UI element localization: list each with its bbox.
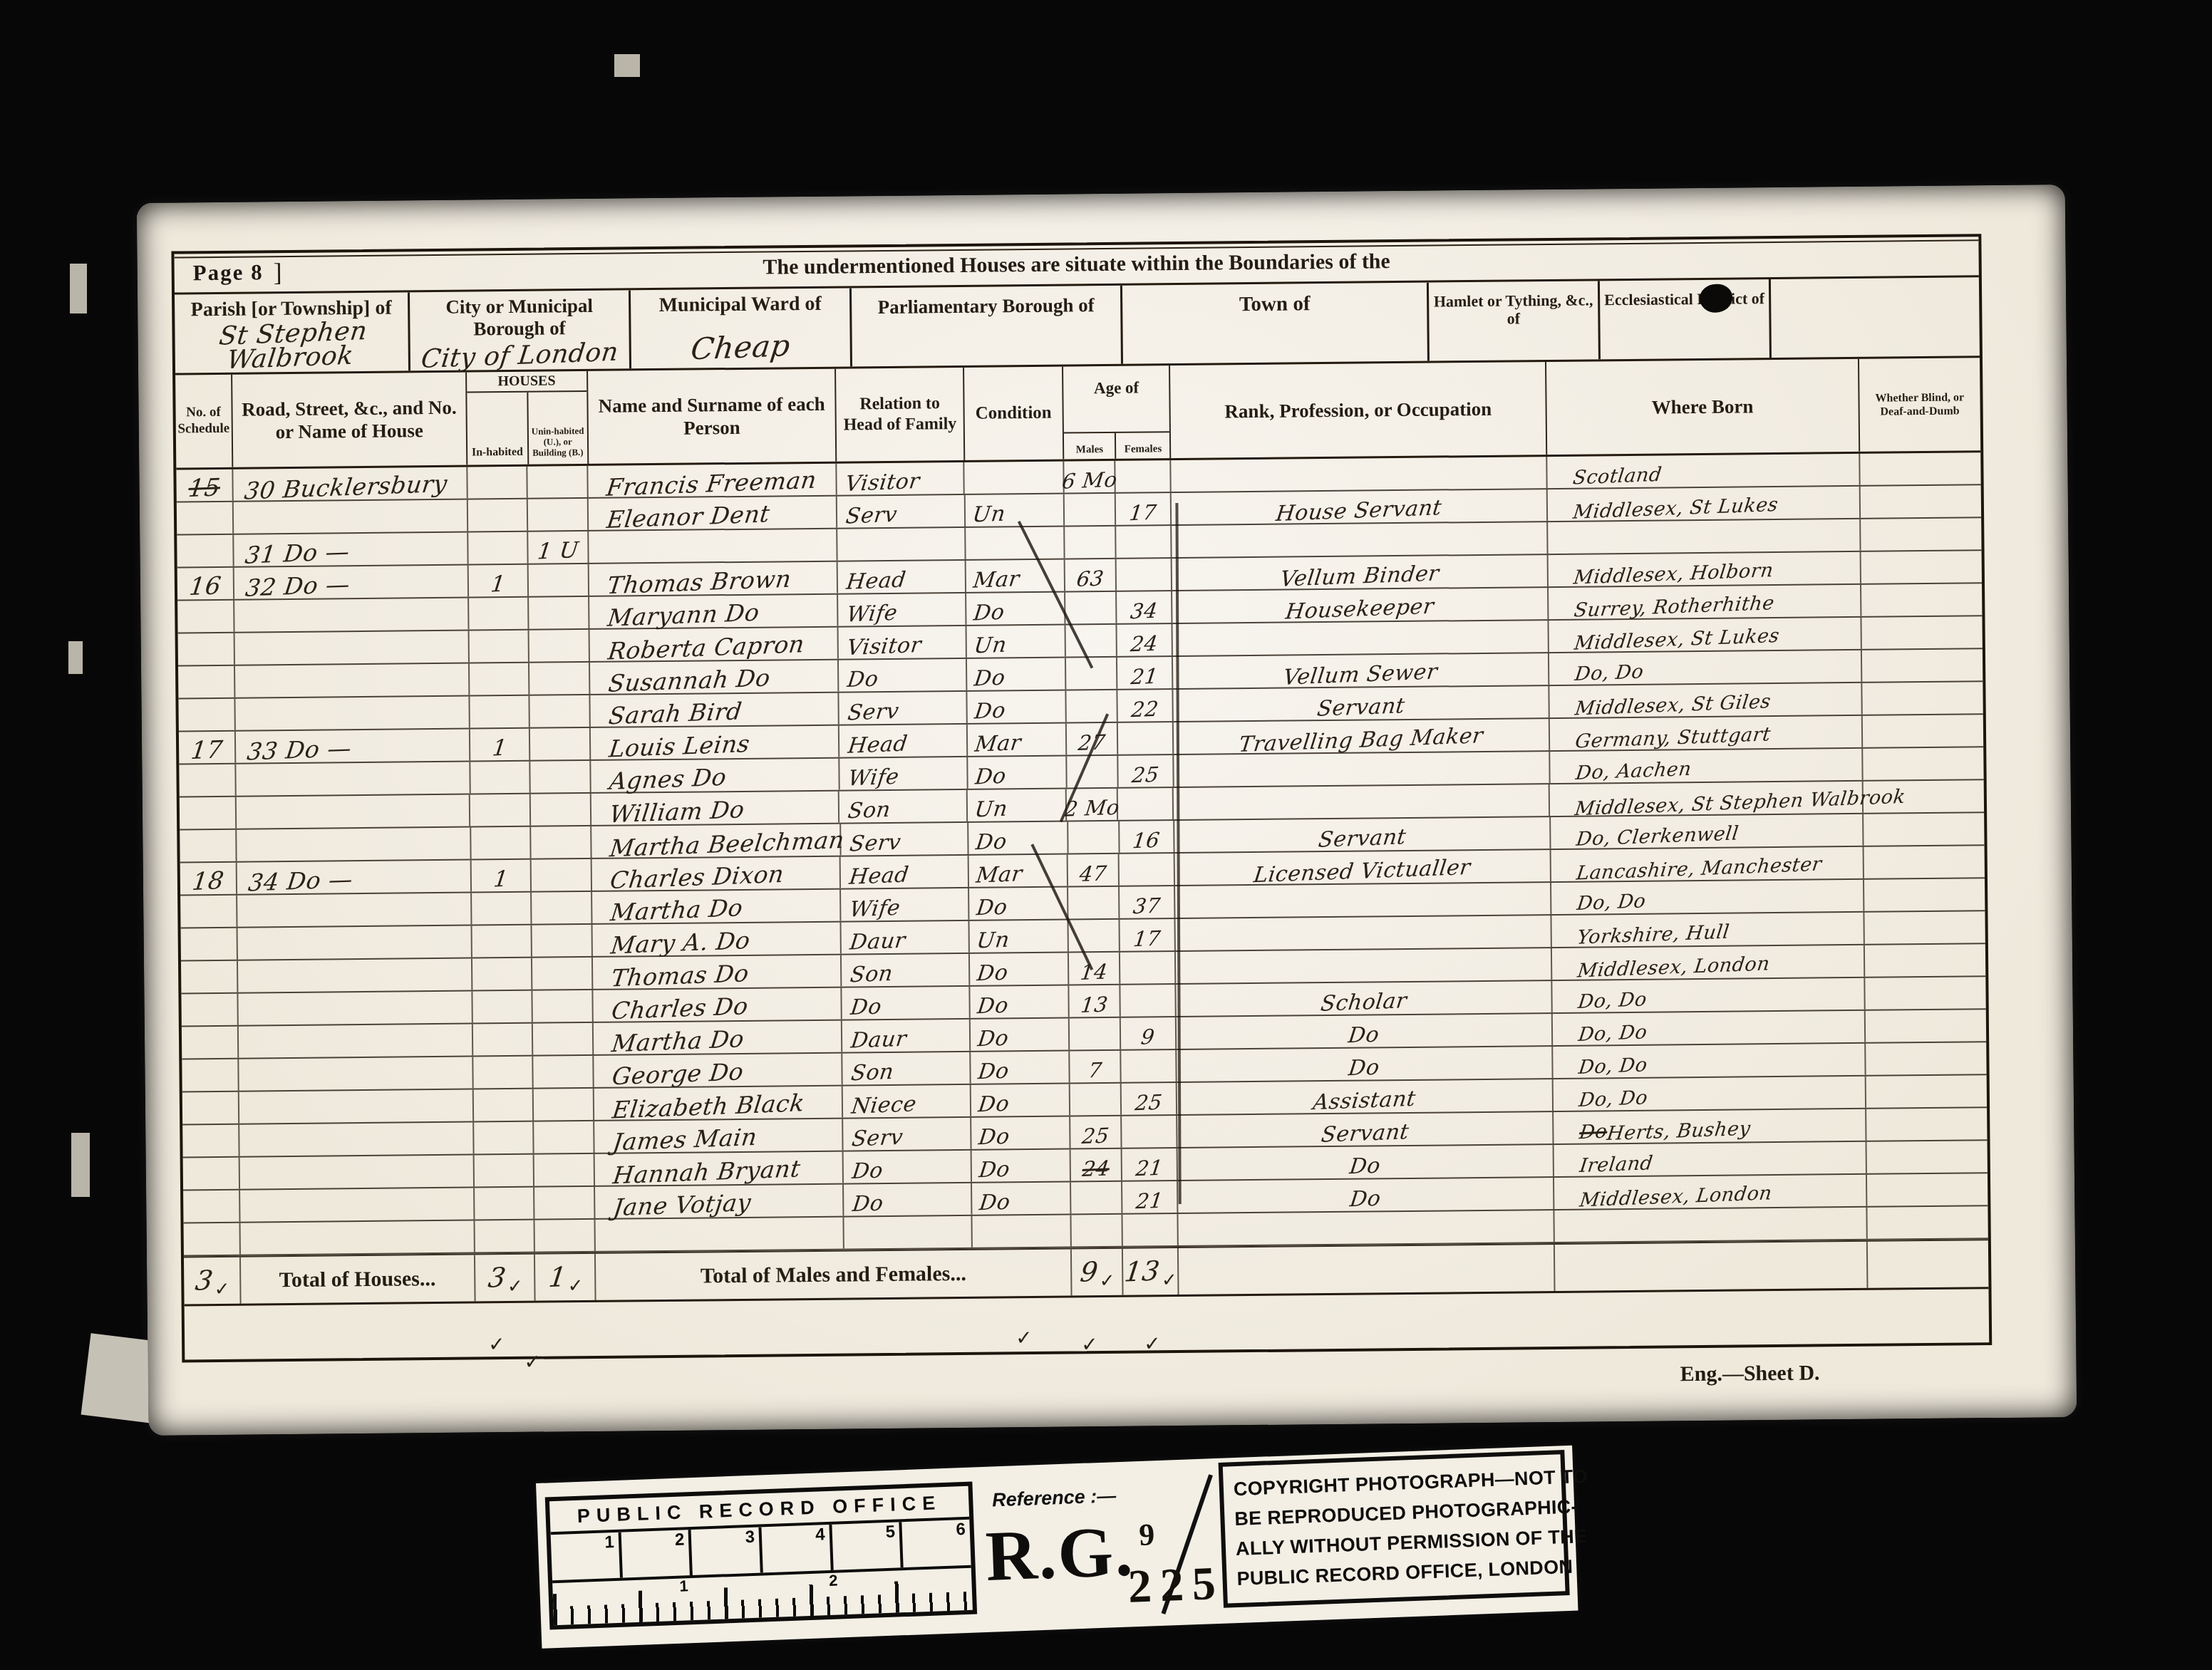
- cell-cond: Do: [970, 986, 1070, 1018]
- cell-born: Do Herts, Bushey: [1554, 1109, 1866, 1143]
- cell-text: Daur: [849, 930, 906, 953]
- cell-inh: [470, 762, 531, 794]
- cell-ageM: [1071, 1182, 1122, 1214]
- cell-occ: [1175, 916, 1552, 950]
- cell-name: Louis Leins: [591, 726, 839, 759]
- cell-cond: Do: [968, 822, 1068, 854]
- cell-sch: 18: [180, 863, 237, 895]
- parliamentary-label: Parliamentary Borough of: [852, 286, 1120, 319]
- cell-rel: Head: [838, 561, 966, 593]
- cell-text: Servant: [1317, 827, 1407, 851]
- header-relation: Relation to Head of Family: [836, 368, 965, 462]
- check-mark: ✓: [1100, 1270, 1115, 1291]
- cell-text: Do: [976, 995, 1009, 1017]
- cell-rel: Do: [842, 987, 970, 1020]
- cell-text: Yorkshire, Hull: [1576, 923, 1731, 948]
- cell-cond: Do: [967, 691, 1067, 723]
- cell-blind: [1866, 1075, 1987, 1108]
- cell-text: 13: [1080, 995, 1109, 1016]
- cell-sch: [180, 896, 237, 928]
- cell-text: 37: [1132, 896, 1161, 917]
- cell-uninh: [531, 761, 591, 793]
- cell-ageM: [1065, 494, 1116, 526]
- pro-stamp-strip: PUBLIC RECORD OFFICE 1 2 3 4 5 6 1 2 Ref…: [536, 1446, 1578, 1649]
- cell-text: 7: [1087, 1061, 1102, 1081]
- cell-sch: [183, 1191, 240, 1223]
- cell-text: Middlesex, Holborn: [1573, 561, 1774, 587]
- cell-sch: [181, 928, 238, 960]
- cell-text: Surrey, Rotherhithe: [1573, 594, 1775, 620]
- cell-inh: [475, 1220, 535, 1252]
- parish-box: Parish [or Township] of St Stephen Walbr…: [175, 292, 410, 373]
- cell-rel: Son: [839, 790, 968, 823]
- cell-name: Sarah Bird: [591, 693, 839, 727]
- cell-text: 30 Bucklersbury: [243, 472, 448, 502]
- cell-name: [596, 1218, 844, 1251]
- cell-house: [237, 893, 472, 927]
- cell-text: Charles Dixon: [609, 863, 785, 891]
- cell-blind: [1861, 551, 1982, 584]
- cell-cond: Do: [966, 593, 1066, 625]
- scan-artifact: [70, 264, 87, 313]
- cell-occ: Do: [1177, 1145, 1554, 1180]
- cell-cond: Do: [971, 1117, 1071, 1149]
- cell-ageF: 21: [1117, 657, 1173, 689]
- cell-born: [1548, 519, 1861, 554]
- cell-name: Charles Dixon: [592, 857, 841, 891]
- cell-inh: [467, 467, 528, 499]
- cell-ageM: 25: [1070, 1116, 1122, 1148]
- cell-text: Agnes Do: [608, 765, 728, 792]
- cell-text: Martha Beelchman: [609, 829, 846, 860]
- cell-cond: Do: [971, 1150, 1071, 1182]
- cell-text: Do, Do: [1576, 893, 1646, 913]
- cell-text: Scholar: [1319, 991, 1407, 1015]
- cell-name: Thomas Brown: [589, 562, 838, 596]
- cell-text: 15: [187, 476, 221, 500]
- cell-born: Surrey, Rotherhithe: [1549, 585, 1861, 619]
- cell-text: Do: [972, 602, 1006, 623]
- cell-uninh: [529, 663, 590, 695]
- cell-text: Maryann Do: [606, 601, 760, 628]
- cell-cond: Do: [971, 1084, 1070, 1116]
- cell-text: 24: [1130, 634, 1159, 655]
- cell-text: Travelling Bag Maker: [1238, 726, 1484, 755]
- cell-text: Do: [1347, 1025, 1380, 1046]
- cell-ageM: [1066, 658, 1117, 690]
- cell-blind: [1864, 944, 1985, 977]
- ruler-cell: 6: [899, 1520, 971, 1568]
- cell-text: 24: [1081, 1159, 1110, 1180]
- cell-text: 18: [191, 869, 225, 893]
- cell-born: Middlesex, London: [1554, 1175, 1867, 1209]
- cell-house: 34 Do —: [237, 861, 471, 894]
- cell-ageM: 63: [1065, 559, 1117, 591]
- cell-ageF: 22: [1117, 690, 1173, 722]
- cell-text: Do, Clerkenwell: [1576, 825, 1740, 849]
- cell-rel: [844, 1216, 973, 1249]
- cell-text: Mar: [972, 569, 1020, 591]
- cell-name: Martha Do: [594, 1021, 842, 1054]
- scan-artifact: [71, 1133, 90, 1197]
- cell-occ: Do: [1177, 1047, 1554, 1082]
- cell-inh: [472, 925, 532, 958]
- cell-occ: [1172, 621, 1549, 655]
- cell-rel: Do: [844, 1151, 972, 1183]
- cell-cond: Un: [966, 626, 1066, 658]
- cell-house: [236, 795, 470, 829]
- cell-blind: [1866, 1042, 1987, 1075]
- cell-cond: Un: [967, 789, 1067, 821]
- cell-sch: 16: [177, 568, 234, 600]
- cell-rel: Do: [844, 1183, 972, 1216]
- cell-name: Francis Freeman: [588, 464, 837, 497]
- cell-uninh: [532, 859, 592, 891]
- cell-uninh: [529, 564, 589, 596]
- cell-uninh: [531, 826, 591, 859]
- cell-ageF: [1122, 1116, 1177, 1148]
- cell-inh: 1: [468, 565, 529, 597]
- cell-rel: Niece: [843, 1085, 971, 1118]
- cell-occ: Do: [1176, 1014, 1553, 1049]
- cell-text: Do: [976, 1028, 1010, 1049]
- cell-text: 1: [491, 737, 508, 759]
- cell-born: Do, Aachen: [1550, 749, 1863, 783]
- reference-stamp: Reference :— R.G. 9 225: [981, 1466, 1222, 1625]
- cell-occ: [1172, 522, 1549, 557]
- cell-born: Middlesex, St Giles: [1549, 683, 1862, 717]
- cell-blind: [1866, 1141, 1988, 1173]
- cell-uninh: [529, 630, 590, 662]
- cell-born: Do, Do: [1553, 1011, 1866, 1045]
- cell-text: Wife: [846, 603, 899, 625]
- cell-occ: Do: [1178, 1178, 1555, 1213]
- cell-uninh: [534, 1089, 594, 1121]
- cell-ageF: 16: [1120, 821, 1175, 853]
- cell-text: Sarah Bird: [608, 700, 744, 727]
- cell-inh: [470, 663, 530, 695]
- cell-blind: [1864, 846, 1985, 878]
- cell-ageM: 24: [1071, 1149, 1122, 1181]
- cell-uninh: [534, 1187, 595, 1219]
- cell-text: Do, Aachen: [1575, 760, 1692, 783]
- cell-ageM: 47: [1068, 854, 1120, 886]
- cell-ageM: 27: [1067, 723, 1118, 755]
- cell-inh: [474, 1155, 534, 1187]
- cell-text: Serv: [844, 504, 898, 527]
- cell-name: James Main: [594, 1119, 843, 1153]
- cell-text: 21: [1135, 1158, 1164, 1179]
- parliamentary-box: Parliamentary Borough of: [852, 286, 1123, 367]
- cell-ageM: [1067, 756, 1118, 788]
- cell-ageF: [1122, 1214, 1178, 1246]
- cell-inh: [475, 1188, 535, 1220]
- cell-sch: 17: [179, 732, 236, 764]
- cell-uninh: [530, 728, 591, 760]
- header-born: Where Born: [1546, 359, 1860, 455]
- cell-blind: [1860, 485, 1981, 518]
- cell-born: [1554, 1208, 1867, 1242]
- cell-text: 33 Do —: [246, 737, 353, 763]
- cell-text: Un: [971, 504, 1006, 525]
- cell-ageF: [1118, 722, 1174, 754]
- cell-text: Head: [848, 865, 910, 888]
- cell-ageM: [1068, 821, 1120, 854]
- cell-cond: Un: [965, 494, 1065, 527]
- cell-text: Louis Leins: [608, 732, 751, 760]
- cell-blind: [1861, 584, 1983, 616]
- cell-born: Do, Do: [1554, 1077, 1866, 1111]
- cell-text: Charles Do: [611, 995, 750, 1022]
- cell-blind: [1864, 911, 1985, 944]
- cell-sch: [179, 764, 236, 797]
- cell-cond: [965, 462, 1065, 494]
- cell-blind: [1860, 452, 1981, 485]
- cell-text: Niece: [850, 1094, 917, 1117]
- cell-blind: [1865, 1010, 1986, 1042]
- cell-text: Mar: [973, 733, 1022, 755]
- cell-rel: Son: [842, 1052, 971, 1085]
- cell-rel: Visitor: [837, 462, 965, 495]
- cell-text: 6 Mo: [1060, 470, 1117, 492]
- cell-sch: [180, 830, 237, 862]
- stray-tick: ✓: [1081, 1332, 1098, 1356]
- cell-text: Assistant: [1312, 1089, 1417, 1113]
- cell-born: Middlesex, Holborn: [1548, 552, 1861, 586]
- cell-house: [239, 1025, 473, 1058]
- cell-born: Lancashire, Manchester: [1551, 847, 1864, 881]
- cell-born: Do, Do: [1553, 1044, 1866, 1078]
- ward-value: Cheap: [629, 329, 852, 365]
- cell-ageM: [1070, 1084, 1122, 1116]
- cell-text: Son: [850, 1062, 895, 1084]
- cell-ageF: 21: [1122, 1148, 1177, 1181]
- cell-cond: Do: [966, 658, 1066, 690]
- stray-tick: ✓: [524, 1350, 541, 1374]
- scan-artifact: [614, 54, 640, 77]
- cell-uninh: [533, 990, 594, 1022]
- cell-uninh: 1 U: [529, 531, 589, 564]
- cell-text: Do: [973, 668, 1006, 689]
- cell-name: Mary A. Do: [593, 923, 842, 956]
- pro-ruler-stamp: PUBLIC RECORD OFFICE 1 2 3 4 5 6 1 2: [545, 1482, 977, 1630]
- cell-inh: 1: [470, 729, 531, 761]
- cell-ageM: 13: [1069, 985, 1120, 1017]
- cell-occ: [1178, 1210, 1555, 1245]
- inch-number: 2: [829, 1572, 838, 1590]
- cell-text: Middlesex, St Lukes: [1572, 496, 1779, 522]
- parish-label: Parish [or Township] of: [175, 292, 408, 321]
- total-schedule-cell: 3✓: [184, 1257, 241, 1305]
- cell-born: Do, Do: [1551, 880, 1864, 914]
- cell-text: Hannah Bryant: [612, 1157, 802, 1186]
- cell-text: Susannah Do: [607, 666, 772, 695]
- cell-sch: [178, 699, 235, 731]
- cell-text: Servant: [1316, 696, 1405, 720]
- cell-uninh: [533, 1023, 594, 1055]
- cell-name: Roberta Capron: [590, 628, 839, 661]
- cell-text: 16: [188, 574, 222, 598]
- cell-sch: [181, 961, 238, 993]
- cell-cond: Do: [971, 1052, 1070, 1084]
- cell-sch: [178, 666, 235, 698]
- ruler-cell: 2: [618, 1530, 690, 1578]
- cell-name: Jane Votjay: [595, 1185, 844, 1218]
- cell-house: [238, 959, 472, 992]
- cell-house: [240, 1188, 475, 1222]
- header-blind: Whether Blind, or Deaf-and-Dumb: [1859, 358, 1981, 452]
- inch-number: 1: [679, 1577, 688, 1595]
- stray-tick: ✓: [1144, 1332, 1161, 1355]
- cell-house: [235, 664, 470, 697]
- cell-born: Yorkshire, Hull: [1551, 913, 1864, 947]
- cell-born: Ireland: [1554, 1142, 1866, 1176]
- cell-ageF: 17: [1116, 493, 1172, 525]
- cell-occ: [1171, 457, 1548, 492]
- cell-text: Un: [975, 930, 1010, 951]
- cell-sch: [178, 633, 235, 665]
- stray-tick: ✓: [488, 1332, 505, 1356]
- cell-text: 17: [1132, 929, 1162, 950]
- cell-occ: [1176, 948, 1553, 983]
- cell-inh: [472, 893, 532, 925]
- cell-born: Middlesex, St Lukes: [1549, 618, 1861, 652]
- cell-text: Serv: [851, 1127, 904, 1149]
- cell-cond: Mar: [968, 855, 1068, 887]
- header-road: Road, Street, &c., and No. or Name of Ho…: [232, 373, 467, 467]
- ruler-cell: 5: [829, 1522, 901, 1570]
- cell-text: Do, Do: [1577, 991, 1648, 1012]
- cell-ageM: 14: [1069, 953, 1120, 985]
- cell-text: Do: [978, 1159, 1011, 1181]
- cell-text: 34 Do —: [247, 868, 353, 894]
- total-males: 9: [1079, 1259, 1100, 1285]
- cell-house: [239, 1090, 473, 1124]
- cell-inh: [473, 1057, 534, 1089]
- cell-text: 1: [492, 868, 510, 890]
- cell-blind: [1861, 616, 1983, 649]
- ecclesiastical-value: [1600, 354, 1769, 361]
- hamlet-label: Hamlet or Tything, &c., of: [1429, 281, 1598, 328]
- cell-text: 34: [1129, 601, 1158, 622]
- reference-series: 9: [1138, 1516, 1155, 1553]
- ecclesiastical-label: Ecclesiastical District of: [1600, 279, 1769, 309]
- cell-text: Francis Freeman: [605, 468, 817, 498]
- cell-text: Head: [847, 734, 909, 757]
- cell-text: Middlesex, London: [1576, 955, 1771, 981]
- total-females-cell: 13✓: [1123, 1248, 1179, 1295]
- cell-text: Visitor: [844, 472, 921, 494]
- cell-born: Scotland: [1547, 454, 1860, 488]
- cell-inh: [472, 991, 533, 1023]
- cell-cond: Do: [972, 1183, 1072, 1215]
- header-females: Females: [1115, 432, 1169, 459]
- town-label: Town of: [1122, 283, 1427, 318]
- cell-name: Elizabeth Black: [594, 1086, 843, 1120]
- cell-rel: Serv: [843, 1118, 971, 1151]
- sheet-label: Eng.—Sheet D.: [1680, 1361, 1819, 1386]
- cell-uninh: [528, 499, 589, 531]
- header-condition: Condition: [964, 367, 1065, 460]
- cell-text: 21: [1135, 1191, 1164, 1212]
- cell-uninh: [530, 695, 591, 727]
- check-mark: ✓: [567, 1275, 583, 1297]
- cell-text: Do: [976, 963, 1009, 984]
- cell-house: [234, 598, 469, 632]
- cell-ageF: 24: [1117, 624, 1172, 656]
- struck-text: Do: [1578, 1123, 1608, 1142]
- cell-text: 27: [1077, 733, 1106, 754]
- cell-text: 22: [1130, 700, 1159, 720]
- cell-house: 33 Do —: [236, 730, 470, 763]
- cell-sch: [182, 1059, 239, 1091]
- cell-name: Agnes Do: [591, 759, 839, 792]
- copyright-stamp: COPYRIGHT PHOTOGRAPH—NOT TO BE REPRODUCE…: [1219, 1450, 1570, 1608]
- cell-ageF: [1121, 1050, 1177, 1082]
- cell-text: Do, Do: [1573, 663, 1644, 684]
- cell-rel: Head: [841, 856, 969, 888]
- cell-text: Servant: [1320, 1122, 1410, 1146]
- cell-text: 63: [1075, 569, 1105, 590]
- cell-ageM: [1072, 1215, 1123, 1247]
- cell-sch: 15: [176, 470, 233, 502]
- cell-text: Licensed Victualler: [1253, 857, 1472, 886]
- cell-blind: [1865, 977, 1986, 1010]
- total-rank-cell: [1179, 1245, 1556, 1295]
- cell-ageF: [1119, 854, 1174, 886]
- cell-occ: Housekeeper: [1172, 588, 1549, 623]
- cell-rel: Son: [842, 954, 970, 987]
- cell-text: Son: [849, 964, 894, 986]
- cell-ageM: [1070, 1018, 1121, 1050]
- cell-text: Do: [973, 766, 1007, 787]
- cell-rel: Wife: [841, 888, 969, 921]
- cell-text: Do: [975, 831, 1008, 853]
- cell-text: Martha Do: [609, 896, 744, 923]
- cell-occ: Vellum Binder: [1172, 555, 1549, 590]
- cell-text: Housekeeper: [1284, 596, 1435, 622]
- cell-inh: [469, 598, 529, 630]
- cell-uninh: [529, 597, 590, 629]
- cell-cond: Do: [969, 953, 1069, 985]
- cell-inh: [468, 532, 529, 564]
- cell-text: Mary A. Do: [610, 929, 752, 957]
- total-females: 13: [1123, 1258, 1162, 1285]
- cell-inh: 1: [471, 860, 532, 892]
- cell-text: Serv: [847, 701, 900, 723]
- cell-occ: Licensed Victualler: [1174, 850, 1551, 885]
- cell-house: [239, 1057, 473, 1091]
- cell-text: Un: [973, 799, 1008, 820]
- cell-text: William Do: [608, 798, 745, 825]
- cell-occ: Vellum Sewer: [1173, 653, 1550, 688]
- cell-blind: [1864, 813, 1985, 846]
- cell-house: [234, 631, 469, 665]
- cell-text: Germany, Stuttgart: [1574, 726, 1772, 752]
- cell-ageF: [1120, 985, 1176, 1017]
- cell-rel: Wife: [839, 757, 968, 790]
- parish-value: St Stephen Walbrook: [172, 317, 411, 375]
- cell-house: [239, 1123, 474, 1156]
- cell-rel: Do: [839, 659, 967, 692]
- cell-text: Do: [851, 1161, 884, 1182]
- cell-name: Maryann Do: [589, 595, 838, 628]
- cell-ageF: [1118, 788, 1174, 820]
- cell-blind: [1866, 1108, 1988, 1141]
- cell-text: Ireland: [1578, 1155, 1654, 1176]
- cell-blind: [1862, 682, 1983, 715]
- cell-text: Do: [1348, 1156, 1382, 1177]
